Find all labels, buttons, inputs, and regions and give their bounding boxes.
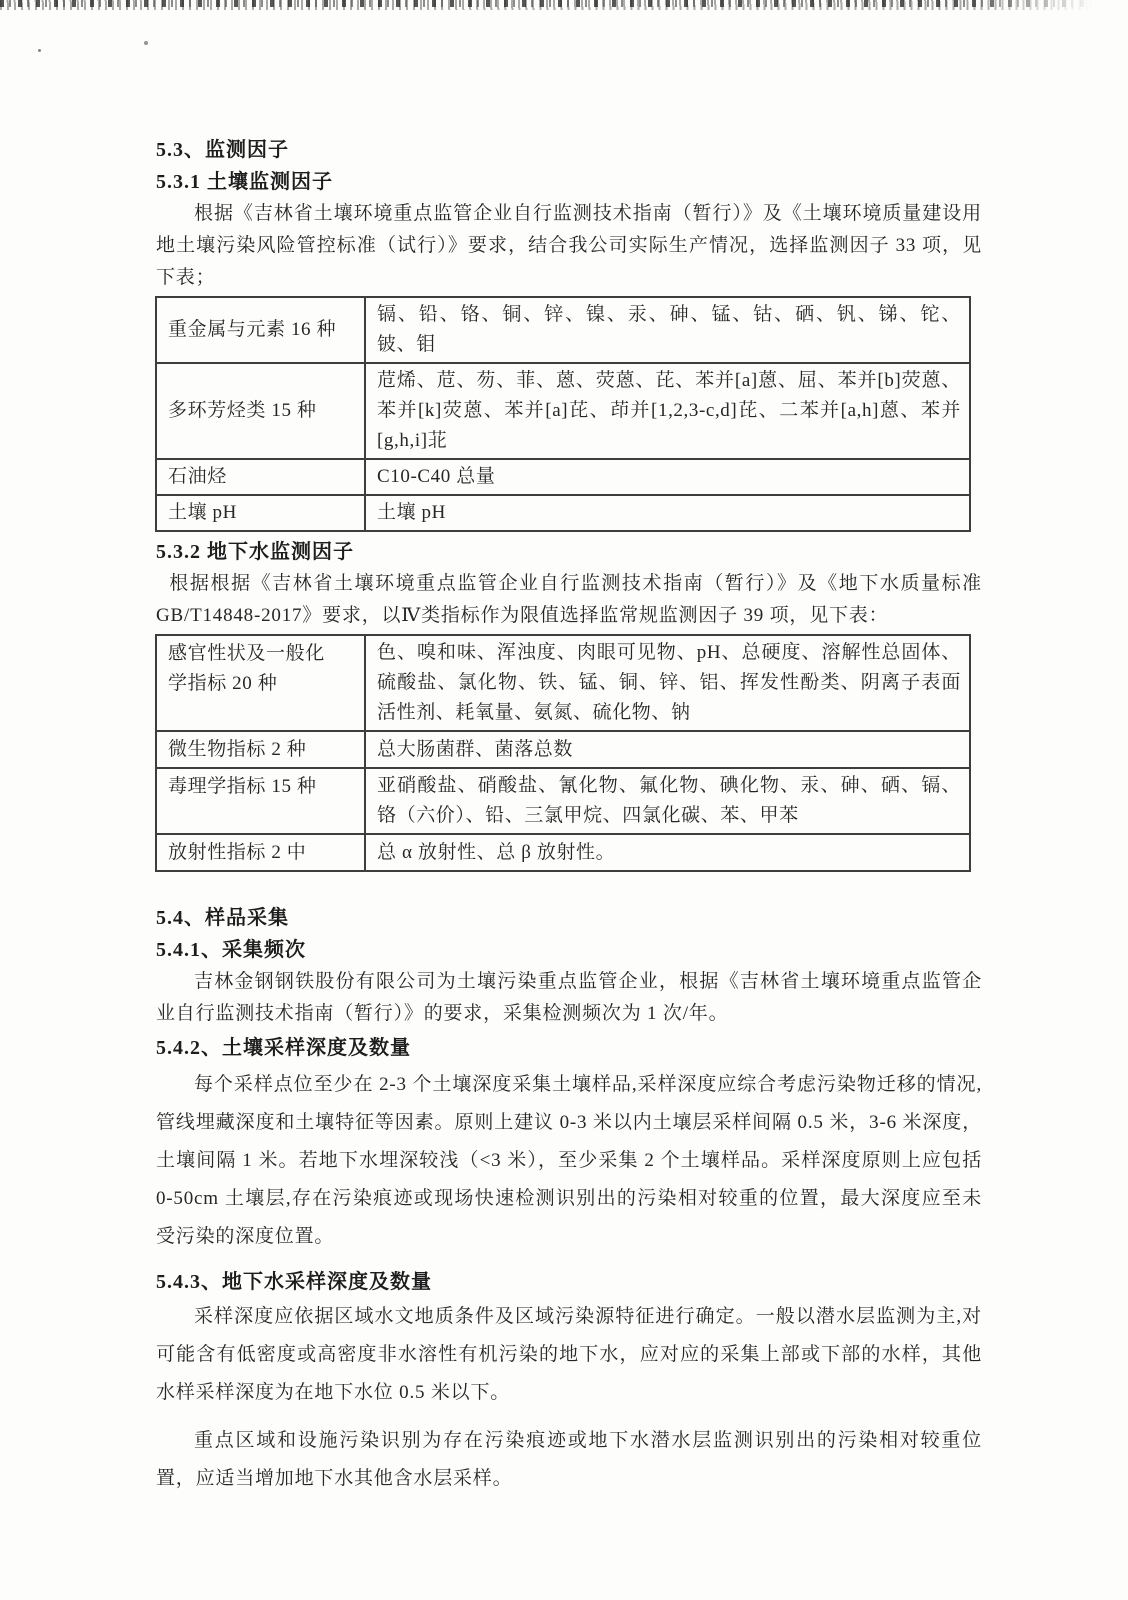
- document-body: 5.3、监测因子 5.3.1 土壤监测因子 根据《吉林省土壤环境重点监管企业自行…: [156, 0, 982, 1498]
- row-label-petroleum: 石油烃: [156, 459, 365, 495]
- groundwater-monitoring-factors-table: 感官性状及一般化学指标 20 种 色、嗅和味、浑浊度、肉眼可见物、pH、总硬度、…: [155, 634, 971, 872]
- table-row: 土壤 pH 土壤 pH: [156, 495, 970, 531]
- scan-speck-dot: [38, 49, 41, 52]
- row-label-pahs: 多环芳烃类 15 种: [156, 363, 365, 459]
- table-row: 重金属与元素 16 种 镉、铅、铬、铜、锌、镍、汞、砷、锰、钴、硒、钒、锑、铊、…: [156, 297, 970, 363]
- paragraph-groundwater-factors-intro: 根据根据《吉林省土壤环境重点监管企业自行监测技术指南（暂行）》及《地下水质量标准…: [156, 568, 982, 632]
- section-heading-5-3-1: 5.3.1 土壤监测因子: [156, 166, 982, 198]
- row-label-sensory-general: 感官性状及一般化学指标 20 种: [156, 635, 365, 731]
- paragraph-groundwater-sampling-depth: 采样深度应依据区域水文地质条件及区域污染源特征进行确定。一般以潜水层监测为主,对…: [156, 1298, 982, 1412]
- paragraph-soil-sampling-depth: 每个采样点位至少在 2-3 个土壤深度采集土壤样品,采样深度应综合考虑污染物迁移…: [156, 1066, 982, 1256]
- section-heading-5-3: 5.3、监测因子: [156, 134, 982, 166]
- table-row: 石油烃 C10-C40 总量: [156, 459, 970, 495]
- paragraph-key-area-sampling: 重点区域和设施污染识别为存在污染痕迹或地下水潜水层监测识别出的污染相对较重位置，…: [156, 1422, 982, 1498]
- row-content-radioactivity: 总 α 放射性、总 β 放射性。: [365, 834, 970, 871]
- row-content-soil-ph: 土壤 pH: [365, 495, 970, 531]
- section-heading-5-4-1: 5.4.1、采集频次: [156, 934, 982, 966]
- row-content-microbial: 总大肠菌群、菌落总数: [365, 731, 970, 768]
- row-content-heavy-metals: 镉、铅、铬、铜、锌、镍、汞、砷、锰、钴、硒、钒、锑、铊、铍、钼: [365, 297, 970, 363]
- paragraph-sampling-frequency: 吉林金钢钢铁股份有限公司为土壤污染重点监管企业，根据《吉林省土壤环境重点监管企业…: [156, 966, 982, 1030]
- table-row: 微生物指标 2 种 总大肠菌群、菌落总数: [156, 731, 970, 768]
- section-heading-5-4-3: 5.4.3、地下水采样深度及数量: [156, 1266, 982, 1298]
- row-label-toxicology: 毒理学指标 15 种: [156, 768, 365, 834]
- table-row: 放射性指标 2 中 总 α 放射性、总 β 放射性。: [156, 834, 970, 871]
- row-label-soil-ph: 土壤 pH: [156, 495, 365, 531]
- row-label-microbial: 微生物指标 2 种: [156, 731, 365, 768]
- scanned-document-page: 5.3、监测因子 5.3.1 土壤监测因子 根据《吉林省土壤环境重点监管企业自行…: [0, 0, 1128, 1600]
- paragraph-soil-factors-intro: 根据《吉林省土壤环境重点监管企业自行监测技术指南（暂行）》及《土壤环境质量建设用…: [156, 198, 982, 294]
- table-row: 多环芳烃类 15 种 苊烯、苊、芴、菲、蒽、荧蒽、芘、苯并[a]蒽、屈、苯并[b…: [156, 363, 970, 459]
- row-content-sensory-general: 色、嗅和味、浑浊度、肉眼可见物、pH、总硬度、溶解性总固体、硫酸盐、氯化物、铁、…: [365, 635, 970, 731]
- section-heading-5-4-2: 5.4.2、土壤采样深度及数量: [156, 1032, 982, 1064]
- scan-speck-dot: [144, 41, 148, 45]
- row-label-heavy-metals: 重金属与元素 16 种: [156, 297, 365, 363]
- table-row: 感官性状及一般化学指标 20 种 色、嗅和味、浑浊度、肉眼可见物、pH、总硬度、…: [156, 635, 970, 731]
- row-content-toxicology: 亚硝酸盐、硝酸盐、氰化物、氟化物、碘化物、汞、砷、硒、镉、铬（六价）、铅、三氯甲…: [365, 768, 970, 834]
- table-row: 毒理学指标 15 种 亚硝酸盐、硝酸盐、氰化物、氟化物、碘化物、汞、砷、硒、镉、…: [156, 768, 970, 834]
- section-heading-5-4: 5.4、样品采集: [156, 902, 982, 934]
- row-content-pahs: 苊烯、苊、芴、菲、蒽、荧蒽、芘、苯并[a]蒽、屈、苯并[b]荧蒽、苯并[k]荧蒽…: [365, 363, 970, 459]
- row-content-petroleum: C10-C40 总量: [365, 459, 970, 495]
- section-heading-5-3-2: 5.3.2 地下水监测因子: [156, 536, 982, 568]
- row-label-radioactivity: 放射性指标 2 中: [156, 834, 365, 871]
- soil-monitoring-factors-table: 重金属与元素 16 种 镉、铅、铬、铜、锌、镍、汞、砷、锰、钴、硒、钒、锑、铊、…: [155, 296, 971, 532]
